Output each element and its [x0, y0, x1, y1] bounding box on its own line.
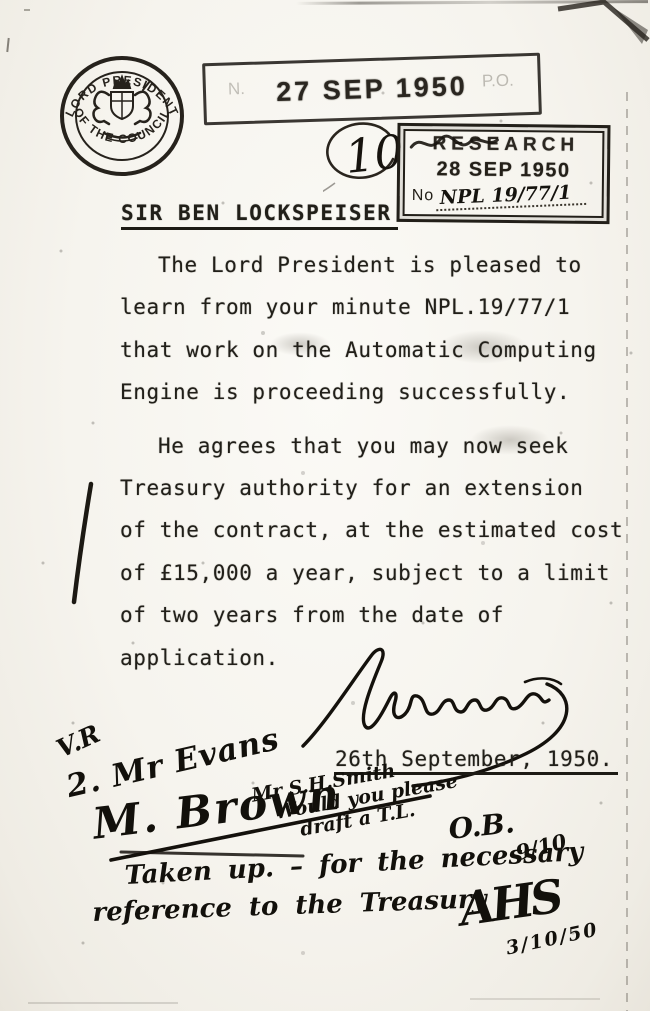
- stamp-faint-mark: N.: [228, 79, 246, 100]
- scan-edge-streak: [28, 1002, 178, 1004]
- body-line: He agrees that you may now seek: [120, 425, 635, 467]
- body-line: Treasury authority for an extension: [120, 467, 635, 509]
- recipient-heading: SIR BEN LOCKSPEISER: [121, 201, 398, 230]
- circled-folio-number: 10: [323, 121, 405, 193]
- scan-edge-streak: [470, 998, 600, 1000]
- scan-mark: [6, 38, 9, 52]
- scanned-letter-page: LORD PRESIDENT OF THE COUNCIL N. 27 SEP …: [0, 0, 650, 1011]
- paragraph-2: He agrees that you may now seek Treasury…: [120, 425, 635, 679]
- annotation-vr: V.R: [52, 719, 104, 764]
- letter-body: The Lord President is pleased to learn f…: [120, 244, 635, 679]
- research-stamp-title: RESEARCH: [400, 133, 607, 157]
- stamp-faint-mark: P.O.: [482, 71, 514, 92]
- annotation-ob-initials: O.B.: [447, 806, 516, 846]
- margin-pen-stroke: [66, 478, 98, 610]
- body-line: learn from your minute NPL.19/77/1: [120, 286, 635, 328]
- research-stamp-date: 28 SEP 1950: [400, 158, 607, 183]
- body-line: of £15,000 a year, subject to a limit: [120, 552, 635, 594]
- overwriting-scribble: [408, 129, 500, 158]
- paper-noise: [0, 0, 2, 2]
- scan-mark: [24, 9, 30, 11]
- lord-president-of-the-council-seal: LORD PRESIDENT OF THE COUNCIL: [57, 52, 187, 180]
- annotation-reference-line: reference to the Treasury: [92, 884, 487, 928]
- body-line: that work on the Automatic Computing: [120, 329, 635, 371]
- received-stamp-date: 27 SEP 1950: [276, 70, 469, 107]
- number-value-handwritten: NPL 19/77/1: [436, 181, 586, 211]
- paragraph-1: The Lord President is pleased to learn f…: [120, 244, 635, 414]
- body-line: of two years from the date of: [120, 594, 635, 636]
- research-registry-stamp: RESEARCH 28 SEP 1950 NoNPL 19/77/1: [396, 123, 610, 224]
- research-stamp-number: NoNPL 19/77/1: [400, 183, 607, 209]
- number-label: No: [412, 187, 435, 204]
- received-date-stamp: N. 27 SEP 1950 P.O.: [202, 53, 542, 126]
- body-line: The Lord President is pleased to: [120, 244, 635, 286]
- folded-corner-mark: [556, 0, 650, 50]
- annotation-initials: AHS: [456, 869, 563, 936]
- body-line: Engine is proceeding successfully.: [120, 371, 635, 413]
- body-line: of the contract, at the estimated cost: [120, 509, 635, 551]
